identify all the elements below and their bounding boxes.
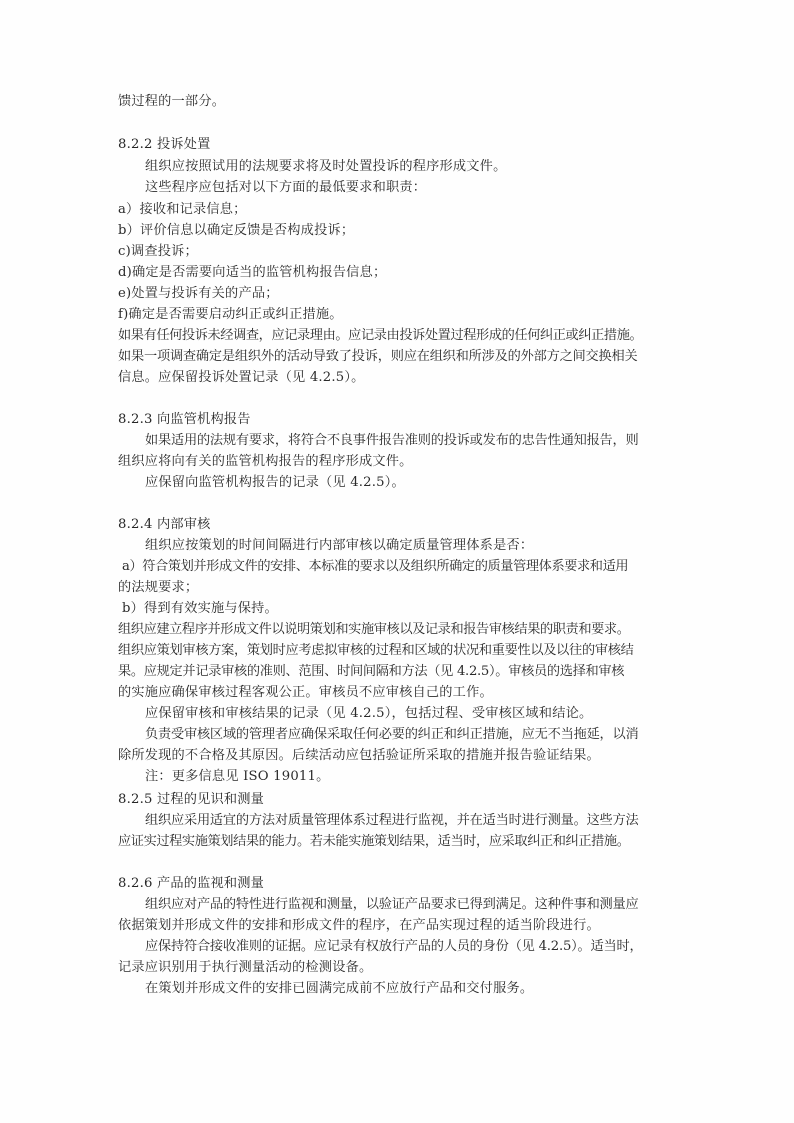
paragraph-line: 组织应建立程序并形成文件以说明策划和实施审核以及记录和报告审核结果的职责和要求。 [118,621,684,639]
paragraph-line: 这些程序应包括对以下方面的最低要求和职责： [145,179,711,197]
paragraph-line: 组织应按策划的时间间隔进行内部审核以确定质量管理体系是否： [145,537,711,555]
paragraph-line: 记录应识别用于执行测量活动的检测设备。 [118,959,684,977]
list-item-b: b）得到有效实施与保持。 [122,600,688,618]
paragraph-line: 应保持符合接收准则的证据。应记录有权放行产品的人员的身份（见 4.2.5）。适当… [145,938,711,956]
paragraph-line: 除所发现的不合格及其原因。后续活动应包括验证所采取的措施并报告验证结果。 [118,747,684,765]
continuation-text: 馈过程的一部分。 [118,93,684,111]
section-heading-8-2-5: 8.2.5 过程的见识和测量 [118,791,684,809]
paragraph-line: 组织应按照试用的法规要求将及时处置投诉的程序形成文件。 [145,158,711,176]
list-item-a: a）接收和记录信息； [118,201,684,219]
paragraph-line: 果。应规定并记录审核的准则、范围、时间间隔和方法（见 4.2.5）。审核员的选择… [118,663,684,681]
paragraph-line: 如果有任何投诉未经调查，应记录理由。应记录由投诉处置过程形成的任何纠正或纠正措施… [118,327,684,345]
paragraph-line: 组织应采用适宜的方法对质量管理体系过程进行监视，并在适当时进行测量。这些方法 [145,812,711,830]
list-item-d: d)确定是否需要向适当的监管机构报告信息； [118,264,684,282]
paragraph-line: 应保留审核和审核结果的记录（见 4.2.5），包括过程、受审核区域和结论。 [145,705,711,723]
paragraph-line: 信息。应保留投诉处置记录（见 4.2.5）。 [118,369,684,387]
section-heading-8-2-3: 8.2.3 向监管机构报告 [118,411,684,429]
paragraph-line: 依据策划并形成文件的安排和形成文件的程序，在产品实现过程的适当阶段进行。 [118,917,684,935]
paragraph-line: 应证实过程实施策划结果的能力。若未能实施策划结果，适当时，应采取纠正和纠正措施。 [118,833,684,851]
paragraph-line: 负责受审核区域的管理者应确保采取任何必要的纠正和纠正措施，应无不当拖延，以消 [145,726,711,744]
paragraph-line: 应保留向监管机构报告的记录（见 4.2.5）。 [145,474,711,492]
list-item-e: e)处置与投诉有关的产品； [118,285,684,303]
section-heading-8-2-2: 8.2.2 投诉处置 [118,136,684,154]
list-item-b: b）评价信息以确定反馈是否构成投诉； [118,222,684,240]
paragraph-line: 组织应将向有关的监管机构报告的程序形成文件。 [118,453,684,471]
paragraph-line: 组织应对产品的特性进行监视和测量，以验证产品要求已得到满足。这种件事和测量应 [145,896,711,914]
list-item-f: f)确定是否需要启动纠正或纠正措施。 [118,306,684,324]
note-line: 注：更多信息见 ISO 19011。 [145,768,711,786]
section-heading-8-2-4: 8.2.4 内部审核 [118,516,684,534]
paragraph-line: 的实施应确保审核过程客观公正。审核员不应审核自己的工作。 [118,684,684,702]
paragraph-line: 如果适用的法规有要求，将符合不良事件报告准则的投诉或发布的忠告性通知报告，则 [145,432,711,450]
paragraph-line: 组织应策划审核方案，策划时应考虑拟审核的过程和区域的状况和重要性以及以往的审核结 [118,642,684,660]
paragraph-line: 在策划并形成文件的安排已圆满完成前不应放行产品和交付服务。 [145,980,711,998]
document-page: 馈过程的一部分。 8.2.2 投诉处置 组织应按照试用的法规要求将及时处置投诉的… [0,0,794,1123]
paragraph-line: 如果一项调查确定是组织外的活动导致了投诉，则应在组织和所涉及的外部方之间交换相关 [118,348,684,366]
section-heading-8-2-6: 8.2.6 产品的监视和测量 [118,875,684,893]
list-item-c: c)调查投诉； [118,243,684,261]
paragraph-line: 的法规要求； [118,579,684,597]
list-item-a: a）符合策划并形成文件的安排、本标准的要求以及组织所确定的质量管理体系要求和适用 [122,558,688,576]
